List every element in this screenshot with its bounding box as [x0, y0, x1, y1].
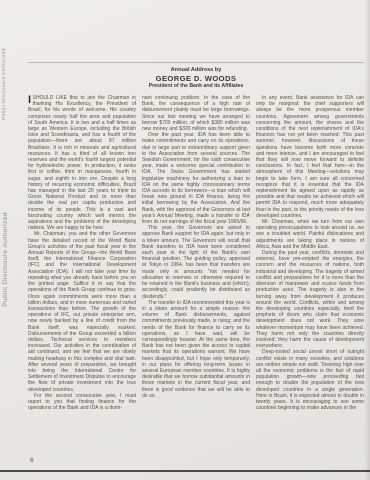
- text-column: ISHOULD LIKE first to join the Chairman …: [28, 95, 136, 411]
- page-edge-shadow: [0, 470, 370, 472]
- paragraph: In any event, Bank assistance for IDA ca…: [256, 95, 364, 219]
- page-content: Annual Address by GEORGE D. WOODS Presid…: [28, 62, 364, 411]
- paragraph: Deep-rooted social unrest short of outri…: [256, 349, 364, 411]
- text-columns: ISHOULD LIKE first to join the Chairman …: [28, 95, 364, 411]
- speaker-title: President of the Bank and its Affiliates: [28, 83, 364, 90]
- paragraph: ISHOULD LIKE first to join the Chairman …: [28, 95, 136, 231]
- paragraph: nant continuing problem. In the case of …: [142, 95, 250, 132]
- page-number: 6: [30, 457, 34, 464]
- paragraph: The transfer to IDA recommended this yea…: [142, 300, 250, 399]
- text-column: In any event, Bank assistance for IDA ca…: [256, 95, 364, 411]
- address-header: Annual Address by GEORGE D. WOODS Presid…: [28, 67, 364, 90]
- address-kicker: Annual Address by: [28, 67, 364, 74]
- paragraph: This year, the Governors are asked to ap…: [142, 225, 250, 299]
- drop-cap: I: [28, 95, 31, 106]
- header-rule: [28, 62, 364, 63]
- paragraph: Mr. Chairman, you and the other Governor…: [28, 231, 136, 392]
- paragraph: For the second consecutive year, I must …: [28, 393, 136, 412]
- paragraph: Mr. Chairman, when we turn from our own …: [256, 219, 364, 250]
- speaker-name: GEORGE D. WOODS: [28, 74, 364, 83]
- paragraph: Over the past year, IDA has been able to…: [142, 132, 250, 225]
- paragraph: During the past year, conflicts, domesti…: [256, 250, 364, 349]
- text-column: nant continuing problem. In the case of …: [142, 95, 250, 411]
- public-disclosure-watermark-top: Public Disclosure Authorized: [2, 48, 7, 120]
- public-disclosure-watermark-bottom: Public Disclosure Authorized: [2, 212, 9, 307]
- document-page: Public Disclosure Authorized Public Disc…: [0, 0, 370, 480]
